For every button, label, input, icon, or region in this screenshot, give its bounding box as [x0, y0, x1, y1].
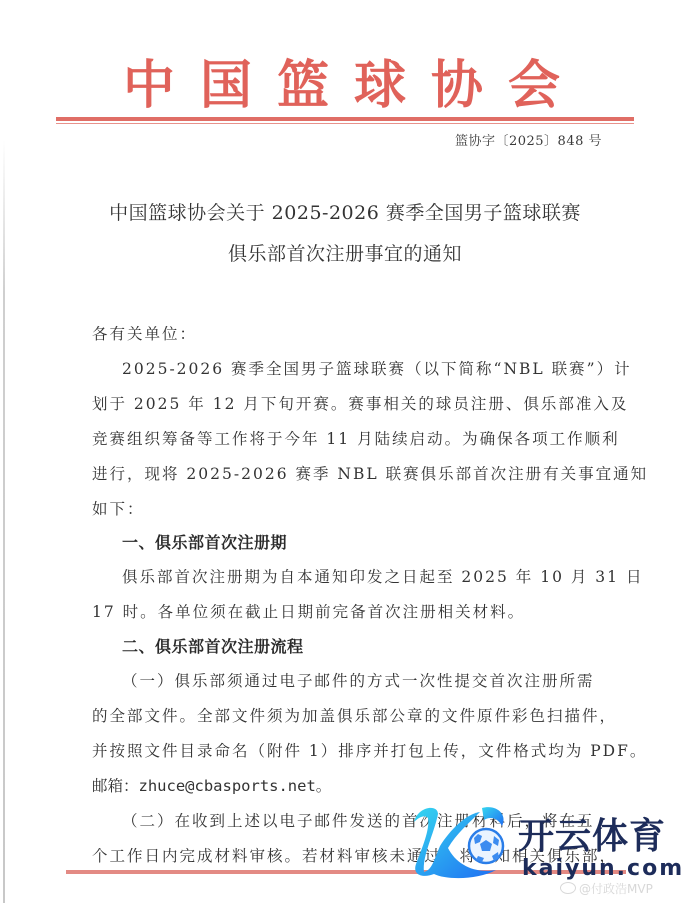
intro-line: 划于 2025 年 12 月下旬开赛。赛事相关的球员注册、俱乐部准入及 [92, 392, 612, 414]
weibo-handle: @付政浩MVP [579, 882, 653, 896]
weibo-icon [560, 882, 576, 894]
registration-email: 邮箱：zhuce@cbasports.net。 [92, 774, 612, 796]
section-2-item-1-line: （一）俱乐部须通过电子邮件的方式一次性提交首次注册所需 [122, 669, 642, 691]
section-1-line: 俱乐部首次注册期为自本通知印发之日起至 2025 年 10 月 31 日 [122, 565, 642, 587]
letterhead-rule-thin [56, 123, 634, 124]
section-2-item-1-line: 并按照文件目录命名（附件 1）排序并打包上传，文件格式均为 PDF。 [92, 739, 612, 761]
document-number: 篮协字〔2025〕848 号 [455, 130, 602, 149]
section-1-line: 17 时。各单位须在截止日期前完备首次注册相关材料。 [92, 600, 612, 622]
weibo-watermark: @付政浩MVP [560, 880, 653, 897]
intro-line: 2025-2026 赛季全国男子篮球联赛（以下简称“NBL 联赛”）计 [122, 357, 642, 379]
kaiyun-logo-icon [404, 800, 514, 880]
intro-line: 如下： [92, 497, 612, 519]
watermark-brand-url: kaiyun.com [522, 856, 684, 881]
section-1-heading: 一、俱乐部首次注册期 [122, 530, 642, 553]
salutation: 各有关单位： [92, 322, 612, 344]
notice-title-line-1: 中国篮球协会关于 2025-2026 赛季全国男子篮球联赛 [0, 198, 690, 225]
watermark-brand-cn: 开云体育 [518, 808, 666, 859]
letterhead-org-name: 中国篮球协会 [0, 58, 690, 114]
letterhead-rule-thick [56, 117, 634, 121]
section-2-heading: 二、俱乐部首次注册流程 [122, 634, 642, 657]
notice-title-line-2: 俱乐部首次注册事宜的通知 [0, 239, 690, 266]
section-2-item-1-line: 的全部文件。全部文件须为加盖俱乐部公章的文件原件彩色扫描件， [92, 704, 612, 726]
intro-line: 竞赛组织筹备等工作将于今年 11 月陆续启动。为确保各项工作顺利 [92, 427, 612, 449]
intro-line: 进行，现将 2025-2026 赛季 NBL 联赛俱乐部首次注册有关事宜通知 [92, 462, 612, 484]
